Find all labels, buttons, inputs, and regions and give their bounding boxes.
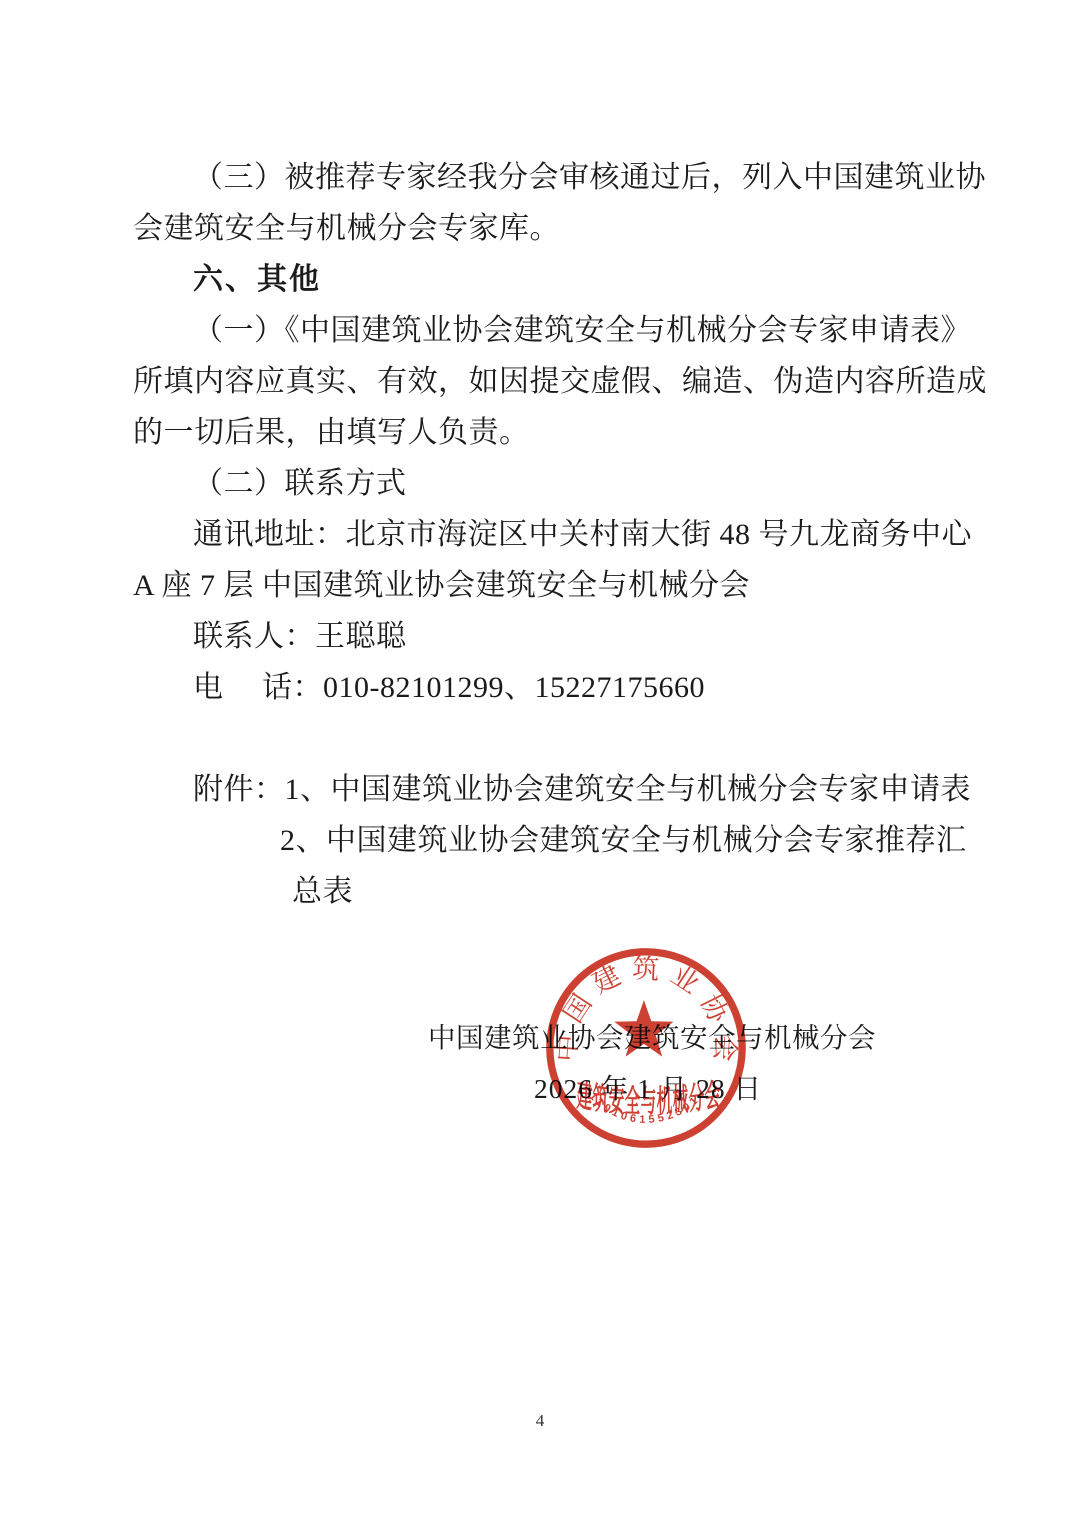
attachment-line-2: 2、中国建筑业协会建筑安全与机械分会专家推荐汇	[280, 815, 947, 866]
paragraph-line: （一）《中国建筑业协会建筑安全与机械分会专家申请表》	[133, 305, 947, 356]
paragraph-line: 会建筑安全与机械分会专家库。	[133, 203, 947, 254]
attachment-line-1: 附件：1、中国建筑业协会建筑安全与机械分会专家申请表	[133, 764, 947, 815]
document-body: （三）被推荐专家经我分会审核通过后，列入中国建筑业协 会建筑安全与机械分会专家库…	[133, 152, 947, 917]
contact-address-line: 通讯地址：北京市海淀区中关村南大街 48 号九龙商务中心	[133, 509, 947, 560]
page-number: 4	[0, 1404, 1080, 1438]
paragraph-line: （二）联系方式	[133, 458, 947, 509]
attachment-line-3: 总表	[292, 866, 947, 917]
section-heading: 六、其他	[133, 254, 947, 305]
blank-line	[133, 713, 947, 764]
paragraph-line: 所填内容应真实、有效，如因提交虚假、编造、伪造内容所造成	[133, 356, 947, 407]
contact-address-line: A 座 7 层 中国建筑业协会建筑安全与机械分会	[133, 560, 947, 611]
signature-date: 2026 年 1 月 28 日	[428, 1063, 868, 1114]
paragraph-line: 的一切后果，由填写人负责。	[133, 407, 947, 458]
signature-org: 中国建筑业协会建筑安全与机械分会	[428, 1012, 868, 1063]
paragraph-line: （三）被推荐专家经我分会审核通过后，列入中国建筑业协	[133, 152, 947, 203]
contact-person-line: 联系人：王聪聪	[133, 611, 947, 662]
document-page: （三）被推荐专家经我分会审核通过后，列入中国建筑业协 会建筑安全与机械分会专家库…	[0, 0, 1080, 1527]
contact-phone-line: 电 话：010-82101299、15227175660	[133, 662, 947, 713]
signature-block: 中国建筑业协会建筑安全与机械分会 2026 年 1 月 28 日	[428, 1012, 868, 1114]
